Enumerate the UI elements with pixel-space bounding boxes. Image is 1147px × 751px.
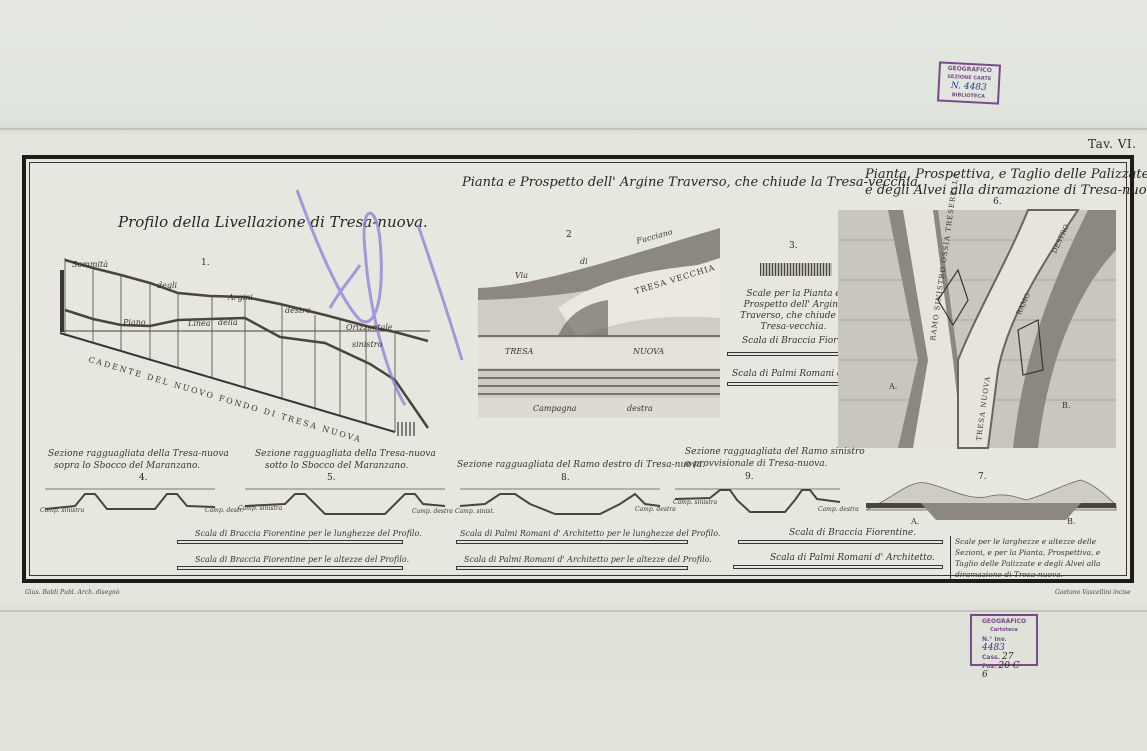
credit-engraver: Gaetano Vascellini incise [1055,589,1131,596]
section-8-number: 8. [561,473,570,483]
section-4-title: Sezione ragguagliata della Tresa-nuova s… [48,448,229,472]
branch-plan-drawing [838,210,1116,448]
section-title-line: sopra lo Sbocco del Maranzano. [48,460,229,472]
scale-bar [456,566,688,570]
credit-draftsman: Gius. Baldi Publ. Arch. disegnò [25,589,119,596]
scale-caption: Scala di Braccia Fiorentine per le altez… [195,555,409,564]
scale-bar [727,382,855,386]
section-point-label: B. [1067,517,1075,526]
dam-plan-drawing [478,218,720,418]
section-title-line: sotto lo Sbocco del Maranzano. [255,460,436,472]
section-4-number: 4. [139,473,148,483]
profile-label: degli [157,281,177,290]
scale-caption: Scala di Palmi Romani d' Architetto per … [460,529,720,538]
scale-bar [177,540,403,544]
map-label-river: NUOVA [633,347,664,356]
section-label: Camp. destra [412,508,453,515]
section-label: Camp. sinistra [673,499,717,506]
section-title-line: Sezione ragguagliata della Tresa-nuova [48,448,229,460]
section-title-line: o provvisionale di Tresa-nuova. [685,458,865,470]
stamp-position: Pos. 20 C 6 [982,662,1026,680]
profile-label: destro [285,306,311,315]
stamp-inventory: N.° Inv. 4483 [982,635,1026,653]
section-label: Camp. sinistra [40,507,84,514]
map-label-river: TRESA [505,347,533,356]
map-label: destra [627,404,653,413]
figure-6-title-2: e degli Alvei alla diramazione di Tresa-… [865,183,1147,198]
section-title-line: Sezione ragguagliata del Ramo sinistro [685,446,865,458]
section-label: Camp. destra [818,506,859,513]
scale-bar [738,540,943,544]
scale-bar [733,565,943,569]
section-label: Camp. destra [635,506,676,513]
profile-label: della [218,318,238,327]
profile-label: Argini [228,293,253,302]
scale-caption: Scala di Palmi Romani d' Architetto per … [464,555,712,564]
scale-caption: Scala di Braccia Fiorentine. [789,528,916,538]
scale-caption: Scala di Braccia Fiorentine per le lungh… [195,529,422,538]
section-9-title: Sezione ragguagliata del Ramo sinistro o… [685,446,865,470]
profile-label: Piano [123,318,146,327]
figure-6-number: 6. [993,197,1002,207]
figure-2-title: Pianta e Prospetto dell' Argine Traverso… [462,175,922,190]
section-5-number: 5. [327,473,336,483]
map-label: Campagna [533,404,576,413]
profile-label: Orizzontale [346,323,393,332]
stamp-line: Cartoteca [982,626,1026,635]
section-point-label: A. [911,517,919,526]
archive-stamp-bottom: GEOGRAFICO Cartoteca N.° Inv. 4483 Cass.… [970,614,1038,666]
figure-6-title-1: Pianta, Prospettiva, e Taglio delle Pali… [865,167,1147,182]
section-8-title: Sezione ragguagliata del Ramo destro di … [457,460,705,470]
profile-label: Linea [188,319,211,328]
scale-bar [177,566,403,570]
cross-section-perspective [866,475,1116,525]
scale-bar [456,540,688,544]
map-point-label: A. [889,382,897,391]
dam-elevation-drawing [760,263,832,276]
section-5-title: Sezione ragguagliata della Tresa-nuova s… [255,448,436,472]
map-label: Via [515,271,528,280]
scales-note: Scale per le larghezze e altezze delle S… [950,536,1125,580]
section-9-number: 9. [745,472,754,482]
section-label: Camp. sinist. [455,508,495,515]
map-label: di [580,257,588,266]
section-title-line: Sezione ragguagliata della Tresa-nuova [255,448,436,460]
scale-caption: Scala di Palmi Romani d' Architetto. [770,553,935,563]
profile-label: sinistro [352,340,382,349]
scale-bar [727,352,855,356]
figure-3-number: 3. [789,241,798,251]
map-point-label: B. [1062,401,1070,410]
section-label: Camp. sinistra [238,505,282,512]
profile-label: Sommità [72,260,108,269]
stamp-line: GEOGRAFICO [982,617,1026,626]
